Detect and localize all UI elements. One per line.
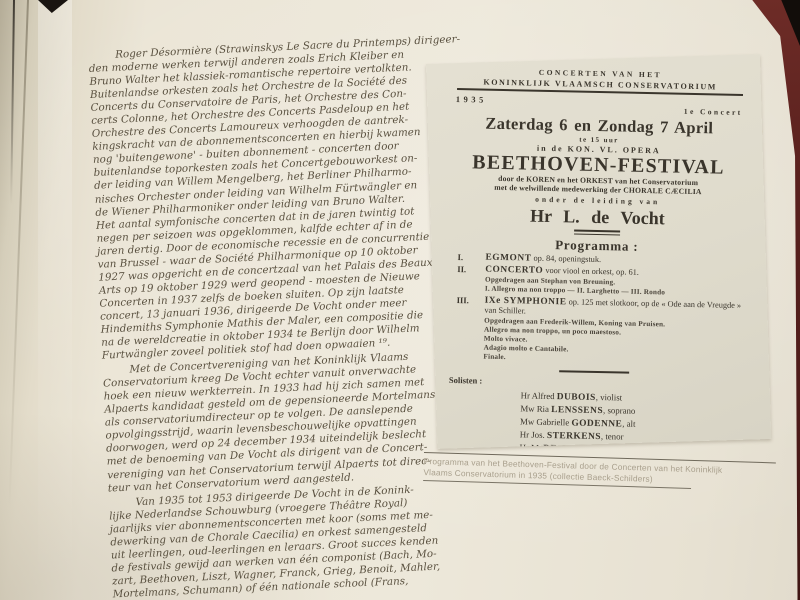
soloist-prefix: Mw Gabrielle: [520, 416, 572, 427]
soloist-prefix: Hr Alfred: [521, 390, 557, 401]
programme-item: III.IXe SYMPHONIE op. 125 met slotkoor, …: [455, 295, 742, 367]
programme-item: II.CONCERTO voor viool en orkest, op. 61…: [457, 264, 744, 298]
programme-work-title: CONCERTO: [485, 265, 543, 276]
soloist-surname: DUBOIS: [557, 392, 596, 403]
soloist-surname: DE GROOTE: [543, 443, 604, 448]
book-page-photo: Roger Désormière (Strawinskys Le Sacre d…: [0, 0, 800, 600]
poster-year: 1935: [456, 94, 487, 105]
poster-concert-number: 1e Concert: [684, 107, 743, 117]
soloist-role: , soprano: [603, 405, 635, 416]
programme-poster: CONCERTEN VAN HET KONINKLIJK VLAAMSCH CO…: [426, 54, 771, 449]
body-text-column: Roger Désormière (Strawinskys Le Sacre d…: [88, 36, 427, 600]
programme-numeral: III.: [457, 295, 469, 306]
programme-work-detail: voor viool en orkest, op. 61.: [543, 266, 639, 277]
soloist-prefix: Mw Ria: [520, 403, 551, 414]
programme-work-detail: op. 84, openingstuk.: [531, 253, 601, 263]
body-paragraph: Met de Concertvereniging van het Koninkl…: [102, 351, 422, 496]
programme-numeral: I.: [457, 252, 463, 263]
poster-divider-rule: [559, 370, 629, 373]
soloists-list: Hr Alfred DUBOIS, violistMw Ria LENSSENS…: [445, 387, 740, 448]
soloist-surname: STERKENS: [547, 430, 601, 441]
page-curve-highlight: [38, 0, 72, 600]
soloist-surname: LENSSENS: [551, 405, 603, 416]
soloist-prefix: Hr M.: [519, 442, 543, 449]
page-edge-line: [5, 0, 29, 600]
programme-numeral: II.: [457, 264, 466, 275]
programme-work-title: EGMONT: [485, 252, 531, 263]
soloist-role: , tenor: [601, 431, 624, 441]
soloist-role: , violist: [596, 391, 623, 402]
programme-list: I.EGMONT op. 84, openingstuk.II.CONCERTO…: [447, 251, 743, 366]
soloist-role: , alt: [622, 418, 635, 428]
page-edge-line: [10, 0, 15, 218]
soloist-surname: GODENNE: [571, 418, 622, 429]
body-paragraph: Van 1935 tot 1953 dirigeerde De Vocht in…: [108, 483, 426, 600]
programme-poster-content: CONCERTEN VAN HET KONINKLIJK VLAAMSCH CO…: [426, 56, 768, 448]
soloist-role: , bas: [604, 444, 620, 449]
body-paragraph: Roger Désormière (Strawinskys Le Sacre d…: [88, 36, 416, 363]
soloist-prefix: Hr Jos.: [520, 429, 547, 440]
poster-caption: Programma van het Beethoven-Festival doo…: [423, 452, 776, 491]
poster-conductor-rule: [574, 229, 620, 234]
